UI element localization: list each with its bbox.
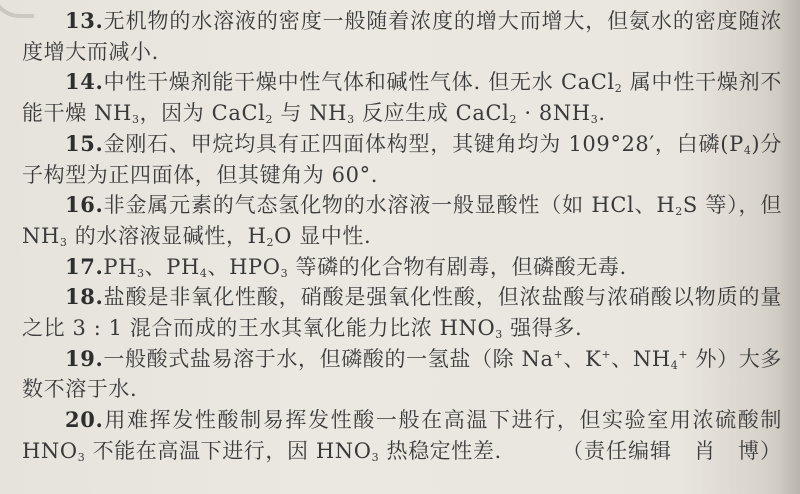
item-number: 14. [65, 69, 103, 94]
list-item: 17.PH3、PH4、HPO3 等磷的化合物有剧毒，但磷酸无毒. [22, 252, 782, 283]
item-number: 16. [65, 192, 103, 217]
item-text: 一般酸式盐易溶于水，但磷酸的一氢盐（除 Na [103, 347, 553, 371]
item-text: 金刚石、甲烷均具有正四面体构型，其键角均为 109°28′，白磷(P [103, 132, 743, 156]
list-item: 19.一般酸式盐易溶于水，但磷酸的一氢盐（除 Na+、K+、NH4+ 外）大多数… [22, 344, 782, 405]
subscript: 2 [509, 113, 517, 126]
document-page: 13.无机物的水溶液的密度一般随着浓度的增大而增大，但氨水的密度随浓度增大而减小… [22, 6, 782, 467]
subscript: 3 [60, 236, 68, 249]
item-text: 非金属元素的气态氢化物的水溶液一般显酸性（如 HCl、H [103, 193, 675, 217]
subscript: 2 [267, 236, 275, 249]
item-text: 等磷的化合物有剧毒，但磷酸无毒. [288, 255, 627, 279]
list-item: 16.非金属元素的气态氢化物的水溶液一般显酸性（如 HCl、H2S 等），但 N… [22, 190, 782, 251]
item-text: 与 NH [273, 101, 347, 125]
subscript: 3 [495, 328, 503, 341]
item-text: PH [103, 255, 137, 279]
item-number: 20. [65, 407, 103, 432]
subscript: 3 [347, 113, 355, 126]
page-edge-shadow [778, 0, 800, 494]
list-item: 18.盐酸是非氧化性酸，硝酸是强氧化性酸，但浓盐酸与浓硝酸以物质的量之比 3 :… [22, 282, 782, 343]
item-number: 19. [65, 346, 103, 371]
item-text: 、HPO [208, 255, 281, 279]
superscript: + [601, 348, 611, 361]
subscript: 2 [675, 205, 683, 218]
item-text: ，因为 CaCl [140, 101, 266, 125]
subscript: 4 [200, 267, 208, 280]
item-text: 无机物的水溶液的密度一般随着浓度的增大而增大，但氨水的密度随浓度增大而减小. [22, 9, 782, 64]
item-text: 不能在高温下进行，因 HNO [85, 439, 371, 463]
superscript: + [678, 348, 688, 361]
item-text: 热稳定性差. [379, 439, 502, 463]
item-text: 中性干燥剂能干燥中性气体和碱性气体. 但无水 CaCl [103, 70, 614, 94]
item-text: 、PH [145, 255, 200, 279]
item-list: 13.无机物的水溶液的密度一般随着浓度的增大而增大，但氨水的密度随浓度增大而减小… [22, 6, 782, 467]
item-text: · 8NH [517, 101, 591, 125]
superscript: + [554, 348, 564, 361]
item-number: 13. [65, 8, 103, 33]
list-item: 20.用难挥发性酸制易挥发性酸一般在高温下进行，但实验室用浓硫酸制 HNO3 不… [22, 405, 782, 466]
subscript: 3 [137, 267, 145, 280]
subscript: 3 [132, 113, 140, 126]
editor-credit: （责任编辑 肖 博） [562, 436, 782, 467]
item-text: 、NH [611, 347, 671, 371]
item-number: 18. [65, 284, 103, 309]
item-text: 、K [563, 347, 601, 371]
item-text: . [598, 101, 605, 125]
item-text: 盐酸是非氧化性酸，硝酸是强氧化性酸，但浓盐酸与浓硝酸以物质的量之比 3 : 1 … [22, 285, 782, 340]
subscript: 2 [265, 113, 273, 126]
list-item: 13.无机物的水溶液的密度一般随着浓度的增大而增大，但氨水的密度随浓度增大而减小… [22, 6, 782, 67]
item-text: O 显中性. [274, 224, 371, 248]
list-item: 15.金刚石、甲烷均具有正四面体构型，其键角均为 109°28′，白磷(P4)分… [22, 129, 782, 190]
item-text: 强得多. [503, 316, 582, 340]
item-text: 的水溶液显碱性，H [68, 224, 267, 248]
item-text: 反应生成 CaCl [355, 101, 510, 125]
list-item: 14.中性干燥剂能干燥中性气体和碱性气体. 但无水 CaCl2 属中性干燥剂不能… [22, 67, 782, 128]
item-number: 17. [65, 254, 103, 279]
item-number: 15. [65, 131, 103, 156]
